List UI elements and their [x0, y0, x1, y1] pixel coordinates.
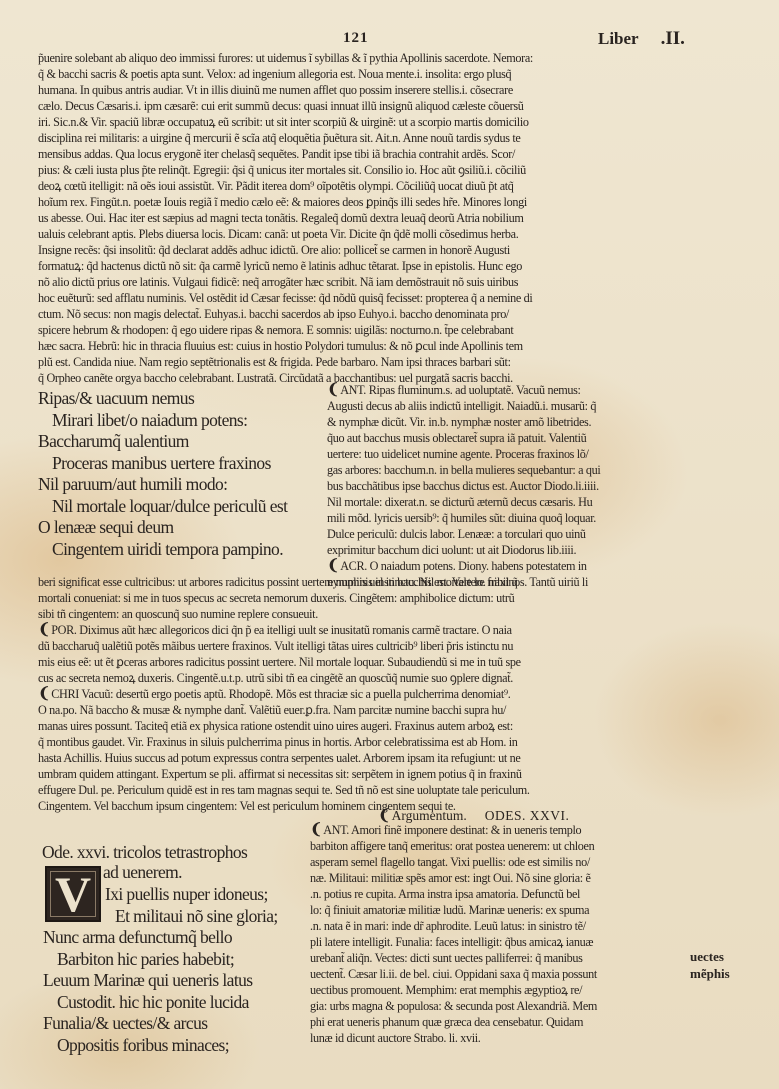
text-line: dũ baccharuq̃ ualẽtiũ potẽs mãibus uerte…: [38, 638, 743, 654]
text-line: umbram quidem attingant. Expertum se pli…: [38, 766, 743, 782]
folio-number: 121: [343, 30, 369, 47]
text-line: lunæ id dicunt auctore Strabo. li. xvii.: [310, 1030, 680, 1046]
text-line: uectent̃. Cæsar li.ii. de bel. ciui. Opp…: [310, 966, 680, 982]
verse-line: Leuum Marinæ qui ueneris latus: [43, 970, 278, 992]
marginal-notes: uectes mẽphis: [690, 948, 730, 982]
text-line: uectibus promouent. Memphim: erat memphi…: [310, 982, 680, 998]
verse-line: Nunc arma defunctumq̃ bello: [43, 927, 278, 949]
verse-line: Funalia/& uectes/& arcus: [43, 1013, 278, 1035]
text-line: p̃uenire solebant ab aliquo deo immissi …: [38, 50, 743, 66]
paragraph-mark-icon: ❨: [38, 686, 50, 702]
text-line: asperam semel flagello tangat. Vixi puel…: [310, 854, 680, 870]
text-line: plũ est. Candida niue. Nam regio septẽtr…: [38, 354, 743, 370]
text-line: hasta Achillis. Huius succus ad potum ex…: [38, 750, 743, 766]
text-line: deoꝝ cœtũ itelligit: nã oẽs ioui assistũ…: [38, 178, 743, 194]
book-number: .II.: [661, 28, 685, 49]
argument-label: Argumentum.: [392, 808, 467, 823]
text-line: mili mõd. lyricis uersib⁹: q̃ humiles sũ…: [327, 510, 682, 526]
text-line: O na.po. Nã baccho & musæ & nymphe dant̃…: [38, 702, 743, 718]
book-page: 121 Liber.II. p̃uenire solebant ab aliqu…: [0, 0, 779, 1089]
ode-subtitle: ad uenerem.: [103, 862, 182, 883]
text-line: mis eius eẽ: ut ẽt ꝑceras arbores radici…: [38, 654, 743, 670]
text-line: q̃uo aut bacchus musis oblectaret̃ supra…: [327, 430, 682, 446]
text-line: hæc sacra. Hebrũ: hic in thracia fluuius…: [38, 338, 743, 354]
paragraph-mark-icon: ❨: [327, 382, 339, 398]
text-line: barbiton affigere tanq̃ emeritus: orat p…: [310, 838, 680, 854]
text-line: Nil mortale: dixerat.n. se dicturũ ætern…: [327, 494, 682, 510]
text-line: nõ alio dictũ prius ore latinis. Vulgaui…: [38, 274, 743, 290]
verse-line: Barbiton hic paries habebit;: [43, 949, 278, 971]
verse-line: Et militaui nõ sine gloria;: [43, 906, 278, 928]
marginal-note: mẽphis: [690, 965, 730, 982]
verse-line: Custodit. hic hic ponite lucida: [43, 992, 278, 1014]
text-line: .n. nata ẽ in mari: inde dr̃ aphrodite. …: [310, 918, 680, 934]
text-line: humana. In quibus antris audiar. Vt in i…: [38, 82, 743, 98]
text-line: hoĩum rex. Fingũt.n. poetæ Iouis regiã ĩ…: [38, 194, 743, 210]
text-line: cus ac secreta nemoꝝ duxeris. Cingentẽ.u…: [38, 670, 743, 686]
text-line: manas uires possunt. Taciteq̃ etiã ex ph…: [38, 718, 743, 734]
text-line: ualuis celebrant aptis. Plebs diuersa lo…: [38, 226, 743, 242]
ode-verse: Ixi puellis nuper idoneus; Et militaui n…: [43, 884, 278, 1056]
text-line: bus bacchãtibus ipse bacchus dictus est.…: [327, 478, 682, 494]
paragraph-mark-icon: ❨: [310, 822, 322, 838]
text-line: spicere hebrum & rhodopen: q̃ ego uidere…: [38, 322, 743, 338]
paragraph-mark-icon: ❨: [38, 622, 50, 638]
text-line: sibi tñ cingentem: an quoscunq̃ suo numi…: [38, 606, 743, 622]
text-line: mensibus addas. Qua locus erygonẽ iter c…: [38, 146, 743, 162]
verse-line: Ripas/& uacuum nemus: [38, 388, 287, 410]
text-line: mortali conueniat: si me in tuos specus …: [38, 590, 743, 606]
verse-stanza: Ripas/& uacuum nemus Mirari libet/o naia…: [38, 388, 287, 560]
text-line: næ. Militaui: militiæ spẽs amor est: ing…: [310, 870, 680, 886]
text-line: ❨CHRI Vacuũ: desertũ ergo poetis aptũ. R…: [38, 686, 743, 702]
text-line: ❨ANT. Amori finẽ imponere destinat: & in…: [310, 822, 680, 838]
ode-number: ODES. XXVI.: [485, 808, 570, 823]
running-head-label: Liber: [598, 29, 639, 48]
verse-line: Nil paruum/aut humili modo:: [38, 474, 287, 496]
text-line: ❨ACR. O naiadum potens. Diony. habens po…: [327, 558, 682, 574]
text-line: .n. potius re cupita. Arma instra ipsa a…: [310, 886, 680, 902]
text-line: pius: & cæli iusta plus p̃te relinq̃t. E…: [38, 162, 743, 178]
verse-line: Mirari libet/o naiadum potens:: [38, 410, 287, 432]
text-line: lo: q̃ finiuit amatoriæ militiæ ludũ. Ma…: [310, 902, 680, 918]
commentary-top: p̃uenire solebant ab aliquo deo immissi …: [38, 50, 743, 386]
commentary-ode: ❨ANT. Amori finẽ imponere destinat: & in…: [310, 822, 680, 1046]
text-line: exprimitur bacchum dici uolunt: ut ait D…: [327, 542, 682, 558]
text-line: beri significat esse cultricibus: ut arb…: [38, 574, 743, 590]
text-line: q̃ & bacchi sacris & poetis apta sunt. V…: [38, 66, 743, 82]
text-line: q̃ montibus gaudet. Vir. Fraxinus in sil…: [38, 734, 743, 750]
verse-line: Proceras manibus uertere fraxinos: [38, 453, 287, 475]
text-line: ❨POR. Diximus aũt hæc allegoricos dici q…: [38, 622, 743, 638]
paragraph-mark-icon: ❨: [327, 558, 339, 574]
text-line: us abesse. Oui. Hac iter est sæpius ad m…: [38, 210, 743, 226]
text-line: phi erat ueneris phanum quæ græca dea ce…: [310, 1014, 680, 1030]
text-line: iri. Sic.n.& Vir. spaciũ libræ occupatuꝝ…: [38, 114, 743, 130]
text-line: hoc euẽturũ: sed afflatu numinis. Vel os…: [38, 290, 743, 306]
text-line: formatuꝝ: q̃d hactenus dictũ nõ sit: q̃a…: [38, 258, 743, 274]
text-line: effugere Dul. pe. Periculum quidẽ est in…: [38, 782, 743, 798]
text-line: uertere: tuo uidelicet numine agente. Pr…: [327, 446, 682, 462]
verse-line: Ixi puellis nuper idoneus;: [43, 884, 278, 906]
text-line: gas arbores: bacchum.n. in bella muliere…: [327, 462, 682, 478]
verse-line: O lenææ sequi deum: [38, 517, 287, 539]
text-line: ctum. Nõ secus: non magis delectat̃. Euh…: [38, 306, 743, 322]
text-line: disciplina rei militaris: a uirgine q̃ m…: [38, 130, 743, 146]
text-line: gia: urbs magna & populosa: & secunda po…: [310, 998, 680, 1014]
marginal-note: uectes: [690, 948, 730, 965]
text-line: Augusti decus ab aliis indictũ intelligi…: [327, 398, 682, 414]
text-line: Insigne recẽs: q̃si insolitũ: q̃d declar…: [38, 242, 743, 258]
verse-line: Cingentem uiridi tempora pampino.: [38, 539, 287, 561]
verse-line: Baccharumq̃ ualentium: [38, 431, 287, 453]
text-line: cælo. Decus Cæsaris.i. ipm cæsarẽ: cui e…: [38, 98, 743, 114]
text-line: ❨ANT. Ripas fluminum.s. ad uoluptatẽ. Va…: [327, 382, 682, 398]
text-line: Dulce periculũ: dulcis labor. Lenææ: a t…: [327, 526, 682, 542]
ode-title: Ode. xxvi. tricolos tetrastrophos: [42, 842, 247, 863]
text-line: & nymphæ dicũt. Vir. in.b. nymphæ noster…: [327, 414, 682, 430]
verse-line: Nil mortale loquar/dulce periculũ est: [38, 496, 287, 518]
commentary-right: ❨ANT. Ripas fluminum.s. ad uoluptatẽ. Va…: [327, 382, 682, 590]
text-line: pli latere intelligit. Funalia: faces in…: [310, 934, 680, 950]
commentary-middle: beri significat esse cultricibus: ut arb…: [38, 574, 743, 814]
text-line: urebant̃ aliq̃n. Vectes: dicti sunt uect…: [310, 950, 680, 966]
running-head: Liber.II.: [598, 28, 685, 50]
verse-line: Oppositis foribus minaces;: [43, 1035, 278, 1057]
